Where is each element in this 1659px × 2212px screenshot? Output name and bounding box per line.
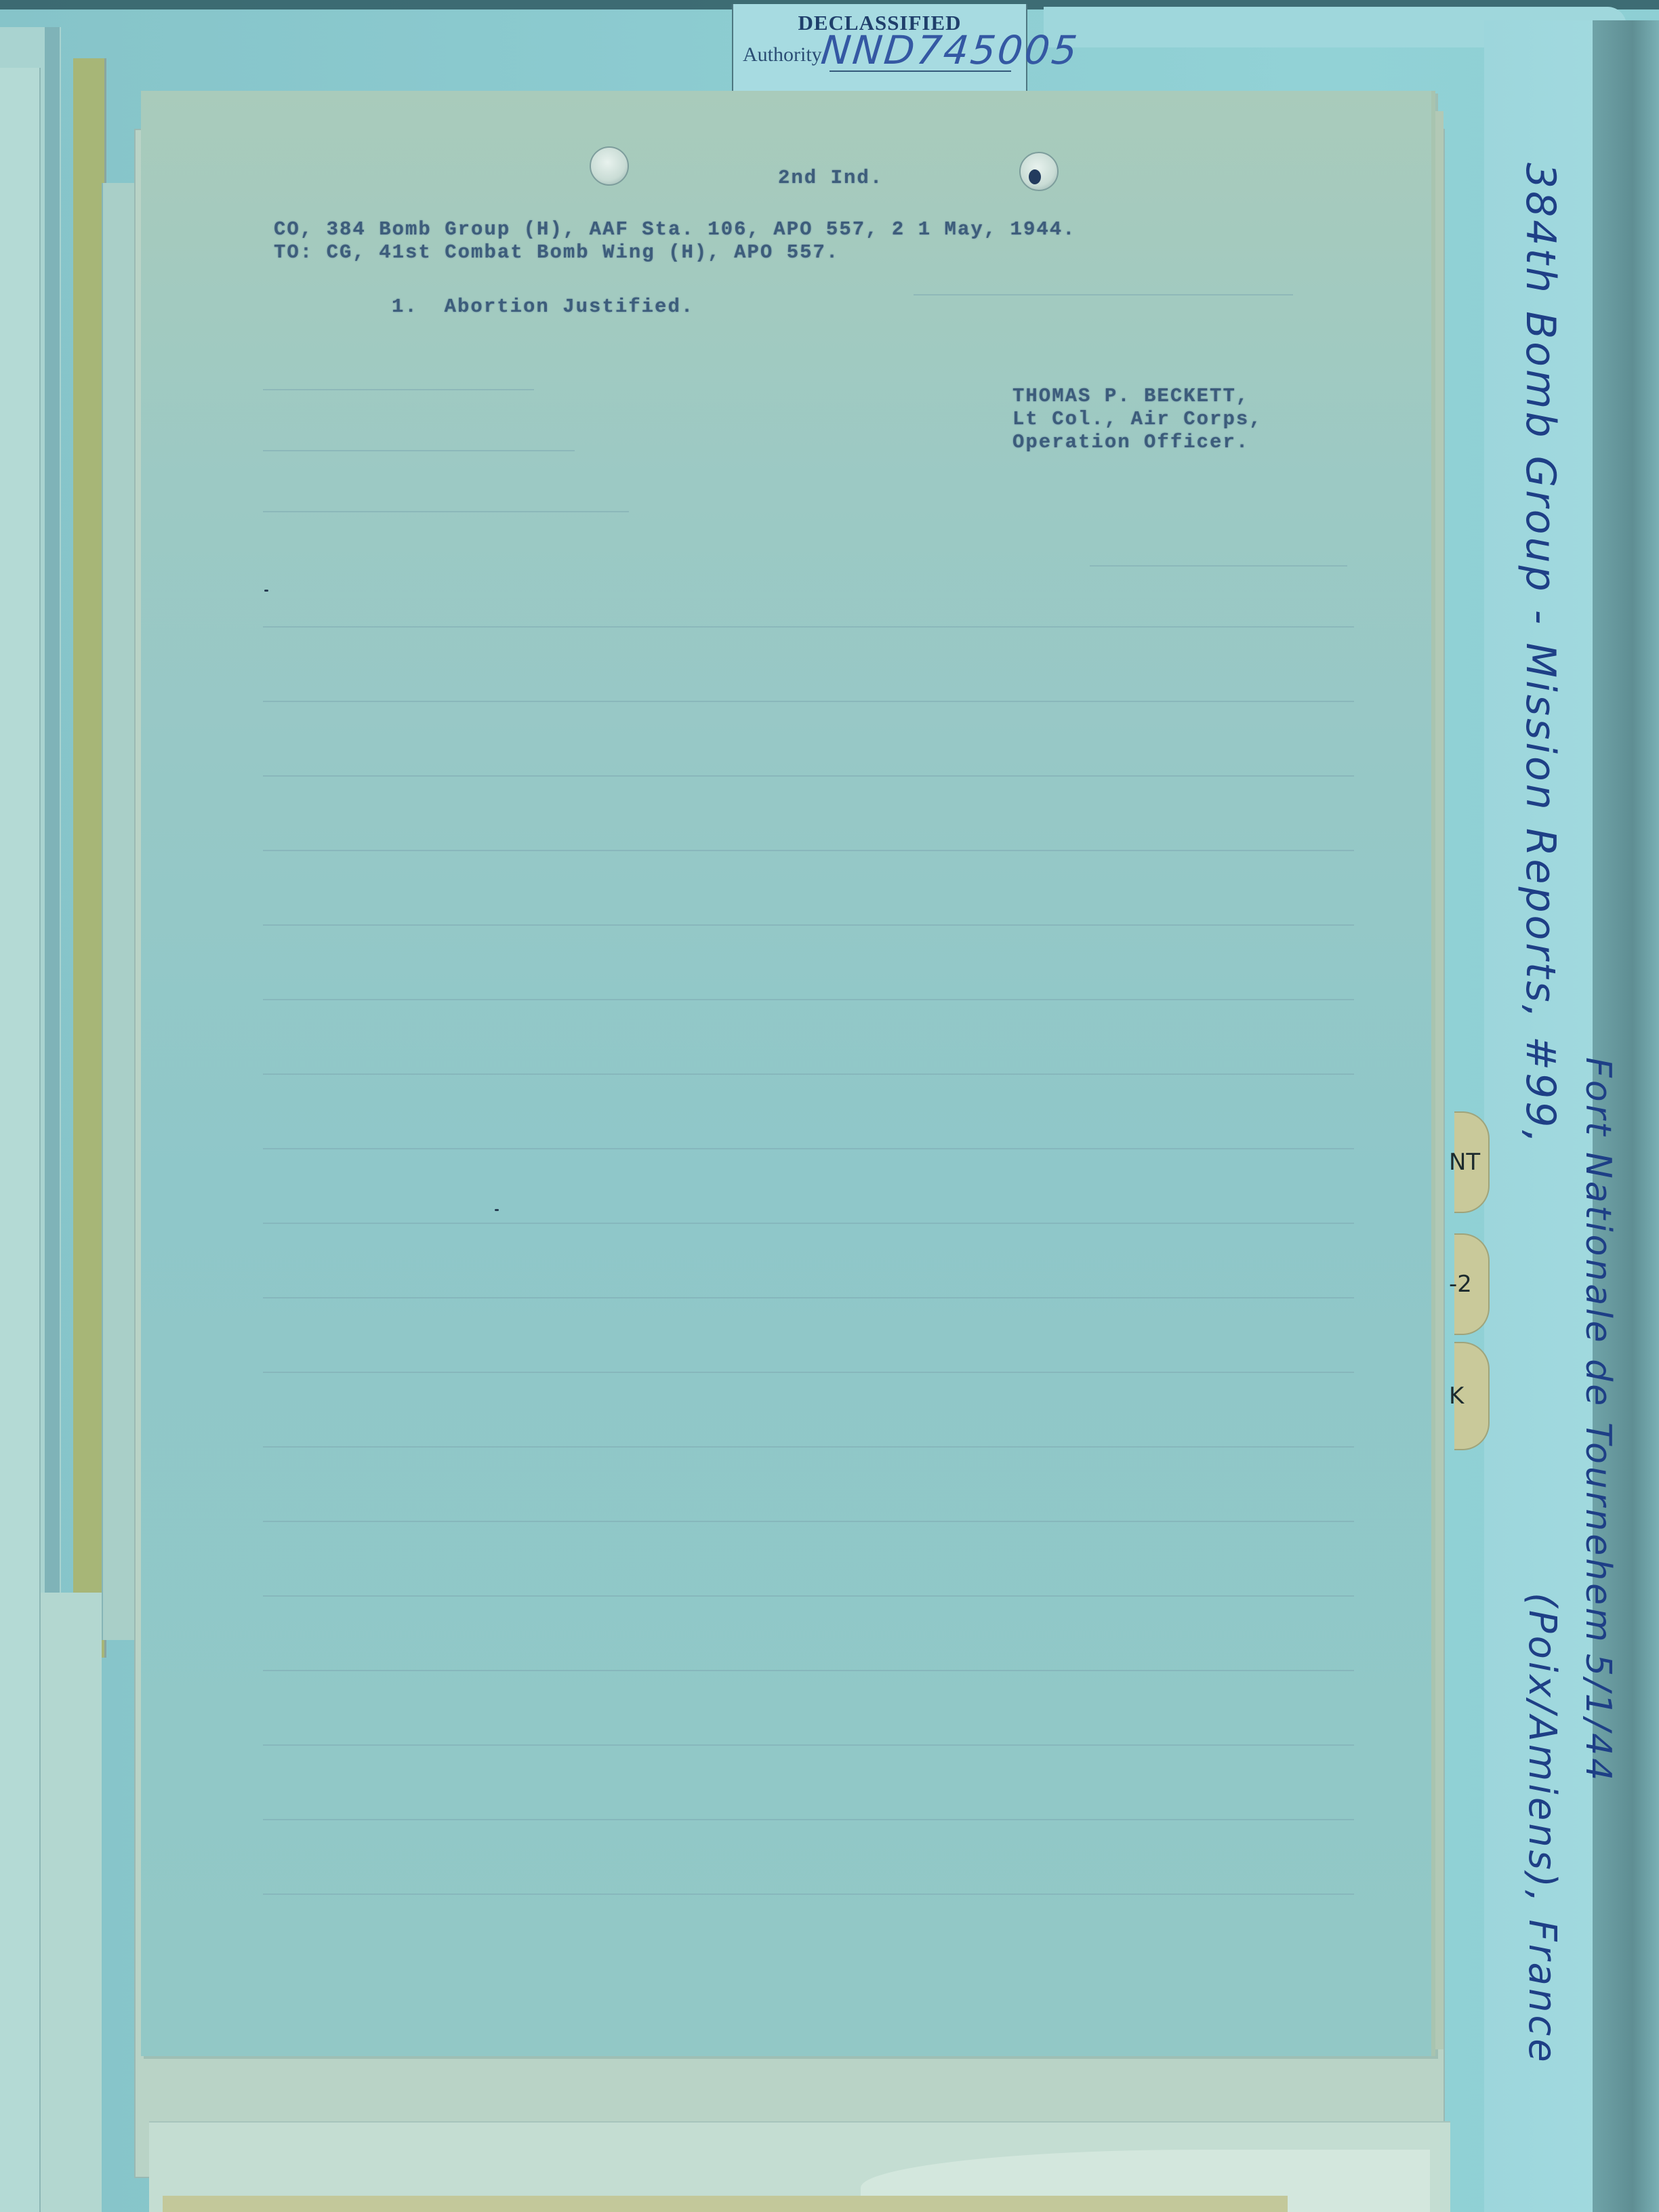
stamp-underline — [829, 70, 1011, 72]
signature-name: THOMAS P. BECKETT, — [1012, 385, 1249, 407]
handwritten-date: 5/1/44 — [1578, 1654, 1618, 1783]
punch-hole-left — [590, 146, 629, 186]
show-through-line — [263, 1223, 1354, 1224]
show-through-line — [263, 1893, 1354, 1895]
show-through-line — [263, 511, 629, 512]
show-through-line — [1090, 565, 1347, 567]
show-through-line — [263, 1446, 1354, 1448]
index-tab[interactable]: -2 — [1454, 1233, 1490, 1335]
index-tab-label: -2 — [1449, 1271, 1472, 1298]
index-tab[interactable]: NT — [1454, 1111, 1490, 1213]
show-through-line — [263, 450, 575, 451]
declassified-stamp: DECLASSIFIED Authority NND745005 — [732, 4, 1027, 94]
show-through-line — [263, 1521, 1354, 1522]
show-through-line — [263, 1148, 1354, 1149]
show-through-line — [263, 1372, 1354, 1373]
show-through-line — [263, 1073, 1354, 1075]
show-through-line — [263, 850, 1354, 851]
from-line: CO, 384 Bomb Group (H), AAF Sta. 106, AP… — [274, 218, 1076, 241]
signature-title: Operation Officer. — [1012, 431, 1249, 453]
ink-speck — [495, 1209, 499, 1211]
show-through-line — [914, 294, 1293, 295]
document-page: 2nd Ind. CO, 384 Bomb Group (H), AAF Sta… — [141, 91, 1435, 2056]
show-through-line — [263, 389, 534, 390]
left-paper-sheet — [102, 183, 136, 1640]
left-paper-divider — [45, 27, 60, 1654]
handwritten-folder-title: 384th Bomb Group - Mission Reports, #99, — [1517, 163, 1564, 1146]
show-through-line — [263, 701, 1354, 702]
handwritten-target-location: (Poix/Amiens), France — [1520, 1593, 1564, 2065]
show-through-line — [263, 626, 1354, 628]
show-through-line — [263, 1595, 1354, 1597]
ink-speck — [264, 590, 268, 592]
index-tab-label: NT — [1449, 1149, 1480, 1176]
signature-rank: Lt Col., Air Corps, — [1012, 408, 1263, 430]
left-paper-sheet-bottom — [41, 1593, 102, 2212]
show-through-line — [263, 1819, 1354, 1820]
show-through-line — [263, 775, 1354, 777]
stamp-authority-value: NND745005 — [819, 27, 1081, 73]
index-tab-label: K — [1449, 1382, 1464, 1410]
indorsement-header: 2nd Ind. — [778, 167, 883, 189]
show-through-line — [263, 999, 1354, 1000]
show-through-line — [263, 1744, 1354, 1746]
show-through-line — [263, 924, 1354, 926]
bottom-manila-edge — [163, 2196, 1288, 2212]
to-line: TO: CG, 41st Combat Bomb Wing (H), APO 5… — [274, 241, 839, 264]
punch-hole-right — [1019, 152, 1059, 191]
stamp-authority-label: Authority — [743, 43, 822, 66]
show-through-line — [263, 1670, 1354, 1671]
index-tab[interactable]: K — [1454, 1342, 1490, 1450]
show-through-line — [263, 1297, 1354, 1298]
handwritten-target-name: Fort Nationale de Tournehem — [1578, 1057, 1618, 1645]
paragraph-1: 1. Abortion Justified. — [392, 295, 694, 318]
left-paper-sheet — [0, 68, 41, 2212]
